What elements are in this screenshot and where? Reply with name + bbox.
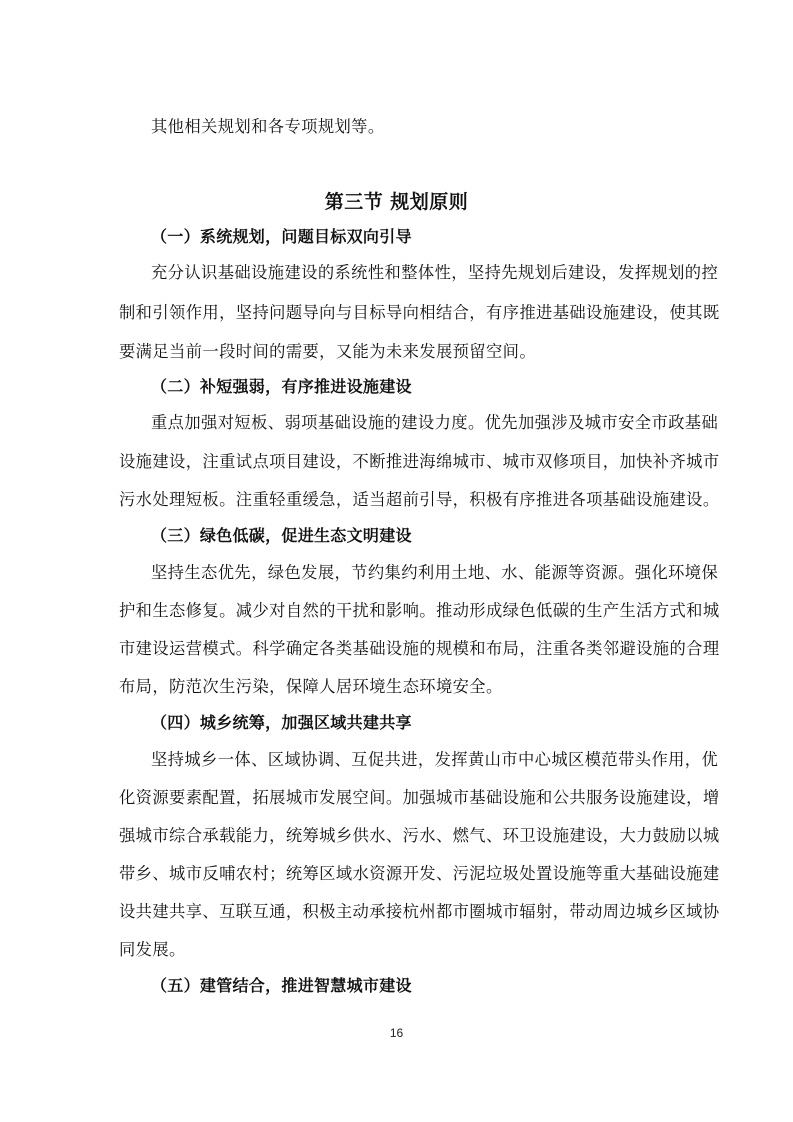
principle-4-line-2: 化资源要素配置，拓展城市发展空间。加强城市基础设施和公共服务设施建设，增 — [119, 788, 720, 808]
page-number: 16 — [0, 1026, 793, 1040]
principle-5-heading: （五）建管结合，推进智慧城市建设 — [151, 976, 412, 996]
principle-1-line-3: 要满足当前一段时间的需要，又能为未来发展预留空间。 — [119, 342, 536, 362]
principle-1-line-1: 充分认识基础设施建设的系统性和整体性，坚持先规划后建设，发挥规划的控 — [151, 263, 718, 283]
principle-3-line-1: 坚持生态优先，绿色发展，节约集约利用土地、水、能源等资源。强化环境保 — [151, 563, 718, 583]
principle-1-heading: （一）系统规划，问题目标双向引导 — [151, 227, 412, 247]
document-page: 其他相关规划和各专项规划等。 第三节 规划原则 （一）系统规划，问题目标双向引导… — [0, 0, 793, 1122]
principle-4-line-4: 带乡、城市反哺农村；统筹区域水资源开发、污泥垃圾处置设施等重大基础设施建 — [119, 864, 720, 884]
principle-4-line-3: 强城市综合承载能力，统筹城乡供水、污水、燃气、环卫设施建设，大力鼓励以城 — [119, 826, 720, 846]
principle-4-line-6: 同发展。 — [119, 940, 186, 960]
principle-3-line-3: 市建设运营模式。科学确定各类基础设施的规模和布局，注重各类邻避设施的合理 — [119, 639, 720, 659]
principle-2-line-1: 重点加强对短板、弱项基础设施的建设力度。优先加强涉及城市安全市政基础 — [151, 413, 718, 433]
principle-4-heading: （四）城乡统筹，加强区域共建共享 — [151, 713, 412, 733]
principle-2-line-2: 设施建设，注重试点项目建设，不断推进海绵城市、城市双修项目，加快补齐城市 — [119, 452, 720, 472]
section-title: 第三节 规划原则 — [0, 187, 793, 214]
principle-1-line-2: 制和引领作用，坚持问题导向与目标导向相结合，有序推进基础设施建设，使其既 — [119, 303, 720, 323]
principle-4-line-5: 设共建共享、互联互通，积极主动承接杭州都市圈城市辐射，带动周边城乡区域协 — [119, 902, 720, 922]
principle-4-line-1: 坚持城乡一体、区域协调、互促共进，发挥黄山市中心城区模范带头作用，优 — [151, 750, 718, 770]
principle-3-line-2: 护和生态修复。减少对自然的干扰和影响。推动形成绿色低碳的生产生活方式和城 — [119, 601, 720, 621]
principle-2-line-3: 污水处理短板。注重轻重缓急，适当超前引导，积极有序推进各项基础设施建设。 — [119, 490, 720, 510]
intro-paragraph: 其他相关规划和各专项规划等。 — [151, 117, 385, 137]
principle-3-line-4: 布局，防范次生污染，保障人居环境生态环境安全。 — [119, 677, 503, 697]
principle-2-heading: （二）补短强弱，有序推进设施建设 — [151, 377, 412, 397]
principle-3-heading: （三）绿色低碳，促进生态文明建设 — [151, 526, 412, 546]
